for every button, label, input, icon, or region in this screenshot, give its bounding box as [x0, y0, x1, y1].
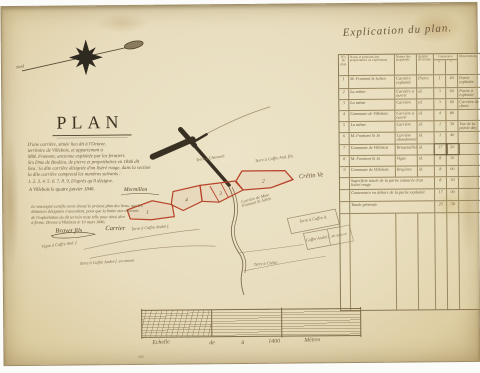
- cell-name: M. Fromont St Julien: [349, 76, 395, 88]
- boundary-line: [238, 244, 304, 253]
- cell-name: Commune de Villebois: [350, 167, 396, 177]
- cell-no: 9: [340, 167, 350, 177]
- cell-ares: 1: [434, 121, 446, 131]
- cell-centiares: 40: [447, 132, 459, 143]
- cell-observations: [458, 110, 480, 120]
- cell-ares: 4: [434, 110, 446, 120]
- empty-column: [396, 213, 419, 309]
- page-title: PLAN: [56, 112, 123, 134]
- col-header-nature: Nature des propriétés: [395, 54, 417, 74]
- cell-quality: Pierre: [417, 75, 434, 87]
- cell-name: La même: [349, 122, 395, 132]
- summary-total-centiares: 30: [447, 201, 459, 212]
- cell-observations: [459, 201, 480, 212]
- cell-name: La même: [349, 89, 395, 99]
- cell-nature: Carrière: [395, 99, 417, 109]
- summary-centiares: 00: [447, 189, 459, 200]
- path-faint: [207, 107, 270, 134]
- cell-ares-subtotal: 17: [435, 144, 447, 154]
- plan-sheet: 1 2 3 4 Nord PLAN D'une carrière, située…: [0, 2, 480, 366]
- compass-needle-fletch: [124, 39, 144, 50]
- cell-no: 3: [339, 100, 349, 110]
- cell-no: [340, 178, 350, 189]
- scale-label: Echelle: [152, 339, 170, 346]
- cell-centiares: 80: [446, 110, 458, 120]
- empty-column: [435, 213, 448, 309]
- summary-label: Contenance en dehors de la partie exploi…: [350, 189, 435, 201]
- cell-nature: Carrière à ouvrir: [395, 110, 417, 120]
- cell-no: 5: [339, 122, 349, 132]
- col-header-quality: Qualité du terrain: [417, 54, 434, 74]
- scale-divider: [360, 307, 361, 337]
- cell-quality: id.: [418, 132, 435, 143]
- scale-divider: [281, 308, 282, 338]
- cell-nature: Carrière à ouvrir: [395, 88, 417, 98]
- cell-ares: 8: [435, 166, 447, 176]
- parcel-number: 4: [185, 196, 188, 203]
- empty-column: [447, 213, 460, 309]
- cell-centiares: 30: [447, 155, 459, 165]
- summary-ares: 8: [435, 177, 447, 188]
- signature-carrier: Carrier: [105, 225, 125, 232]
- title-rule-2: [57, 137, 128, 138]
- boundary-line: [90, 246, 216, 259]
- cell-observations: [459, 189, 480, 200]
- cell-observations: Partie à exploiter: [458, 88, 480, 98]
- cell-quality: id.: [417, 99, 434, 109]
- cell-ares: 3: [434, 88, 446, 98]
- col-header-contenance: Contenance a. c.: [434, 54, 458, 74]
- explication-table: N°s du plan Noms et prénoms des propriét…: [338, 53, 480, 311]
- cell-no: 4: [339, 111, 349, 121]
- cell-centiares: 60: [446, 88, 458, 98]
- cell-no: 1: [339, 76, 349, 88]
- cell-centiares: 30: [446, 121, 458, 131]
- intro-line: 1. 2. 3. 4. 5. 6. 7. 8. 9, D'après qu'il…: [28, 178, 178, 185]
- cell-quality: id.: [417, 121, 434, 131]
- date-signature-underline: [121, 193, 159, 195]
- cell-quality: id.: [417, 88, 434, 98]
- cell-nature: Bruyères: [396, 166, 418, 176]
- margin-mark: mr.: [138, 354, 144, 359]
- col-header-no: N°s du plan: [339, 55, 349, 75]
- cell-nature: Carrière: [395, 121, 417, 131]
- scale-bar-diagonal-section: [141, 310, 212, 337]
- title-rule: [53, 135, 132, 136]
- cell-centiares: 00: [447, 166, 459, 176]
- scale-label: Mètres: [304, 337, 320, 344]
- scale-label: à: [241, 340, 244, 346]
- cell-observations: [459, 144, 480, 154]
- col-header-centiares: c.: [446, 60, 457, 74]
- cell-ares: 1: [434, 75, 446, 87]
- cell-centiares: 60: [446, 99, 458, 109]
- cell-nature: Carrière abandonnée: [396, 132, 418, 143]
- cell-name: Commune de Villebois: [350, 145, 396, 155]
- cell-nature: Carrière exploitée: [395, 75, 417, 87]
- empty-column: [418, 213, 436, 309]
- empty-column: [459, 213, 480, 309]
- cell-no: 6: [340, 133, 350, 144]
- summary-ares: 17: [435, 189, 447, 200]
- cell-name: M. Fromont St Jn: [350, 133, 396, 144]
- scale-bar: [141, 308, 361, 338]
- cell-quality: id.: [418, 155, 435, 165]
- cell-observations: [459, 177, 480, 188]
- summary-total-ares: 25: [435, 201, 447, 212]
- date-signature: Mermillon: [124, 187, 147, 193]
- cell-quality: id.: [418, 166, 435, 176]
- cell-ares: 3: [434, 99, 446, 109]
- scale-label: 1400: [268, 339, 280, 345]
- cell-observations: Partie exploitée: [458, 75, 480, 87]
- road-dark: [193, 143, 229, 185]
- table-header-row: N°s du plan Noms et prénoms des propriét…: [339, 54, 480, 76]
- parcel-number: 2: [262, 179, 265, 185]
- cell-nature: Vigne: [396, 155, 418, 165]
- signature-bravet: Bravet fils: [55, 227, 82, 234]
- summary-label-total: Totale générale: [350, 201, 435, 213]
- date-line: A Villebois le quatre janvier 1846.: [29, 187, 95, 193]
- scale-label: de: [209, 340, 215, 346]
- cell-ares: 8: [435, 155, 447, 165]
- cell-nature: Broussailles: [396, 144, 418, 154]
- cell-no: 2: [339, 89, 349, 99]
- col-header-observations: Observations: [458, 54, 480, 74]
- parcel-number: 3: [218, 191, 222, 197]
- summary-label: Superficie totale de la partie entourée …: [350, 177, 435, 189]
- cell-quality: id.: [418, 144, 435, 154]
- cell-centiares-subtotal: 20: [447, 144, 459, 154]
- cell-name: La même: [349, 100, 395, 110]
- cell-no: 8: [340, 156, 350, 166]
- cell-quality: id.: [417, 110, 434, 120]
- cell-observations: [459, 166, 480, 176]
- cell-observations: Carrière de choin abandonnée: [458, 99, 480, 109]
- cell-observations: Vue de la partie des carrières: [458, 121, 480, 131]
- col-header-name: Noms et prénoms des propriétaires ou exp…: [349, 55, 395, 75]
- table-row: 1 M. Fromont St Julien Carrière exploité…: [339, 75, 480, 89]
- cell-no: [340, 202, 350, 213]
- table-empty-rows: [340, 213, 480, 310]
- certification-paragraph: Le soussigné certifie avoir dressé le pr…: [31, 203, 176, 226]
- cell-no: 7: [340, 145, 350, 155]
- intro-paragraph: D'une carrière, située lieu dit à l'Octa…: [28, 142, 178, 186]
- cell-name: Commune de Villebois: [349, 111, 395, 121]
- cell-name: M. Fromont St Jn: [350, 156, 396, 166]
- col-header-ares: a.: [434, 60, 446, 74]
- summary-centiares: 30: [447, 177, 459, 188]
- cell-centiares: 40: [446, 75, 458, 87]
- cell-observations: [459, 132, 480, 143]
- cell-ares: 1: [435, 132, 447, 143]
- cell-no: [340, 190, 350, 201]
- cell-observations: [459, 155, 480, 165]
- empty-column: [350, 214, 397, 310]
